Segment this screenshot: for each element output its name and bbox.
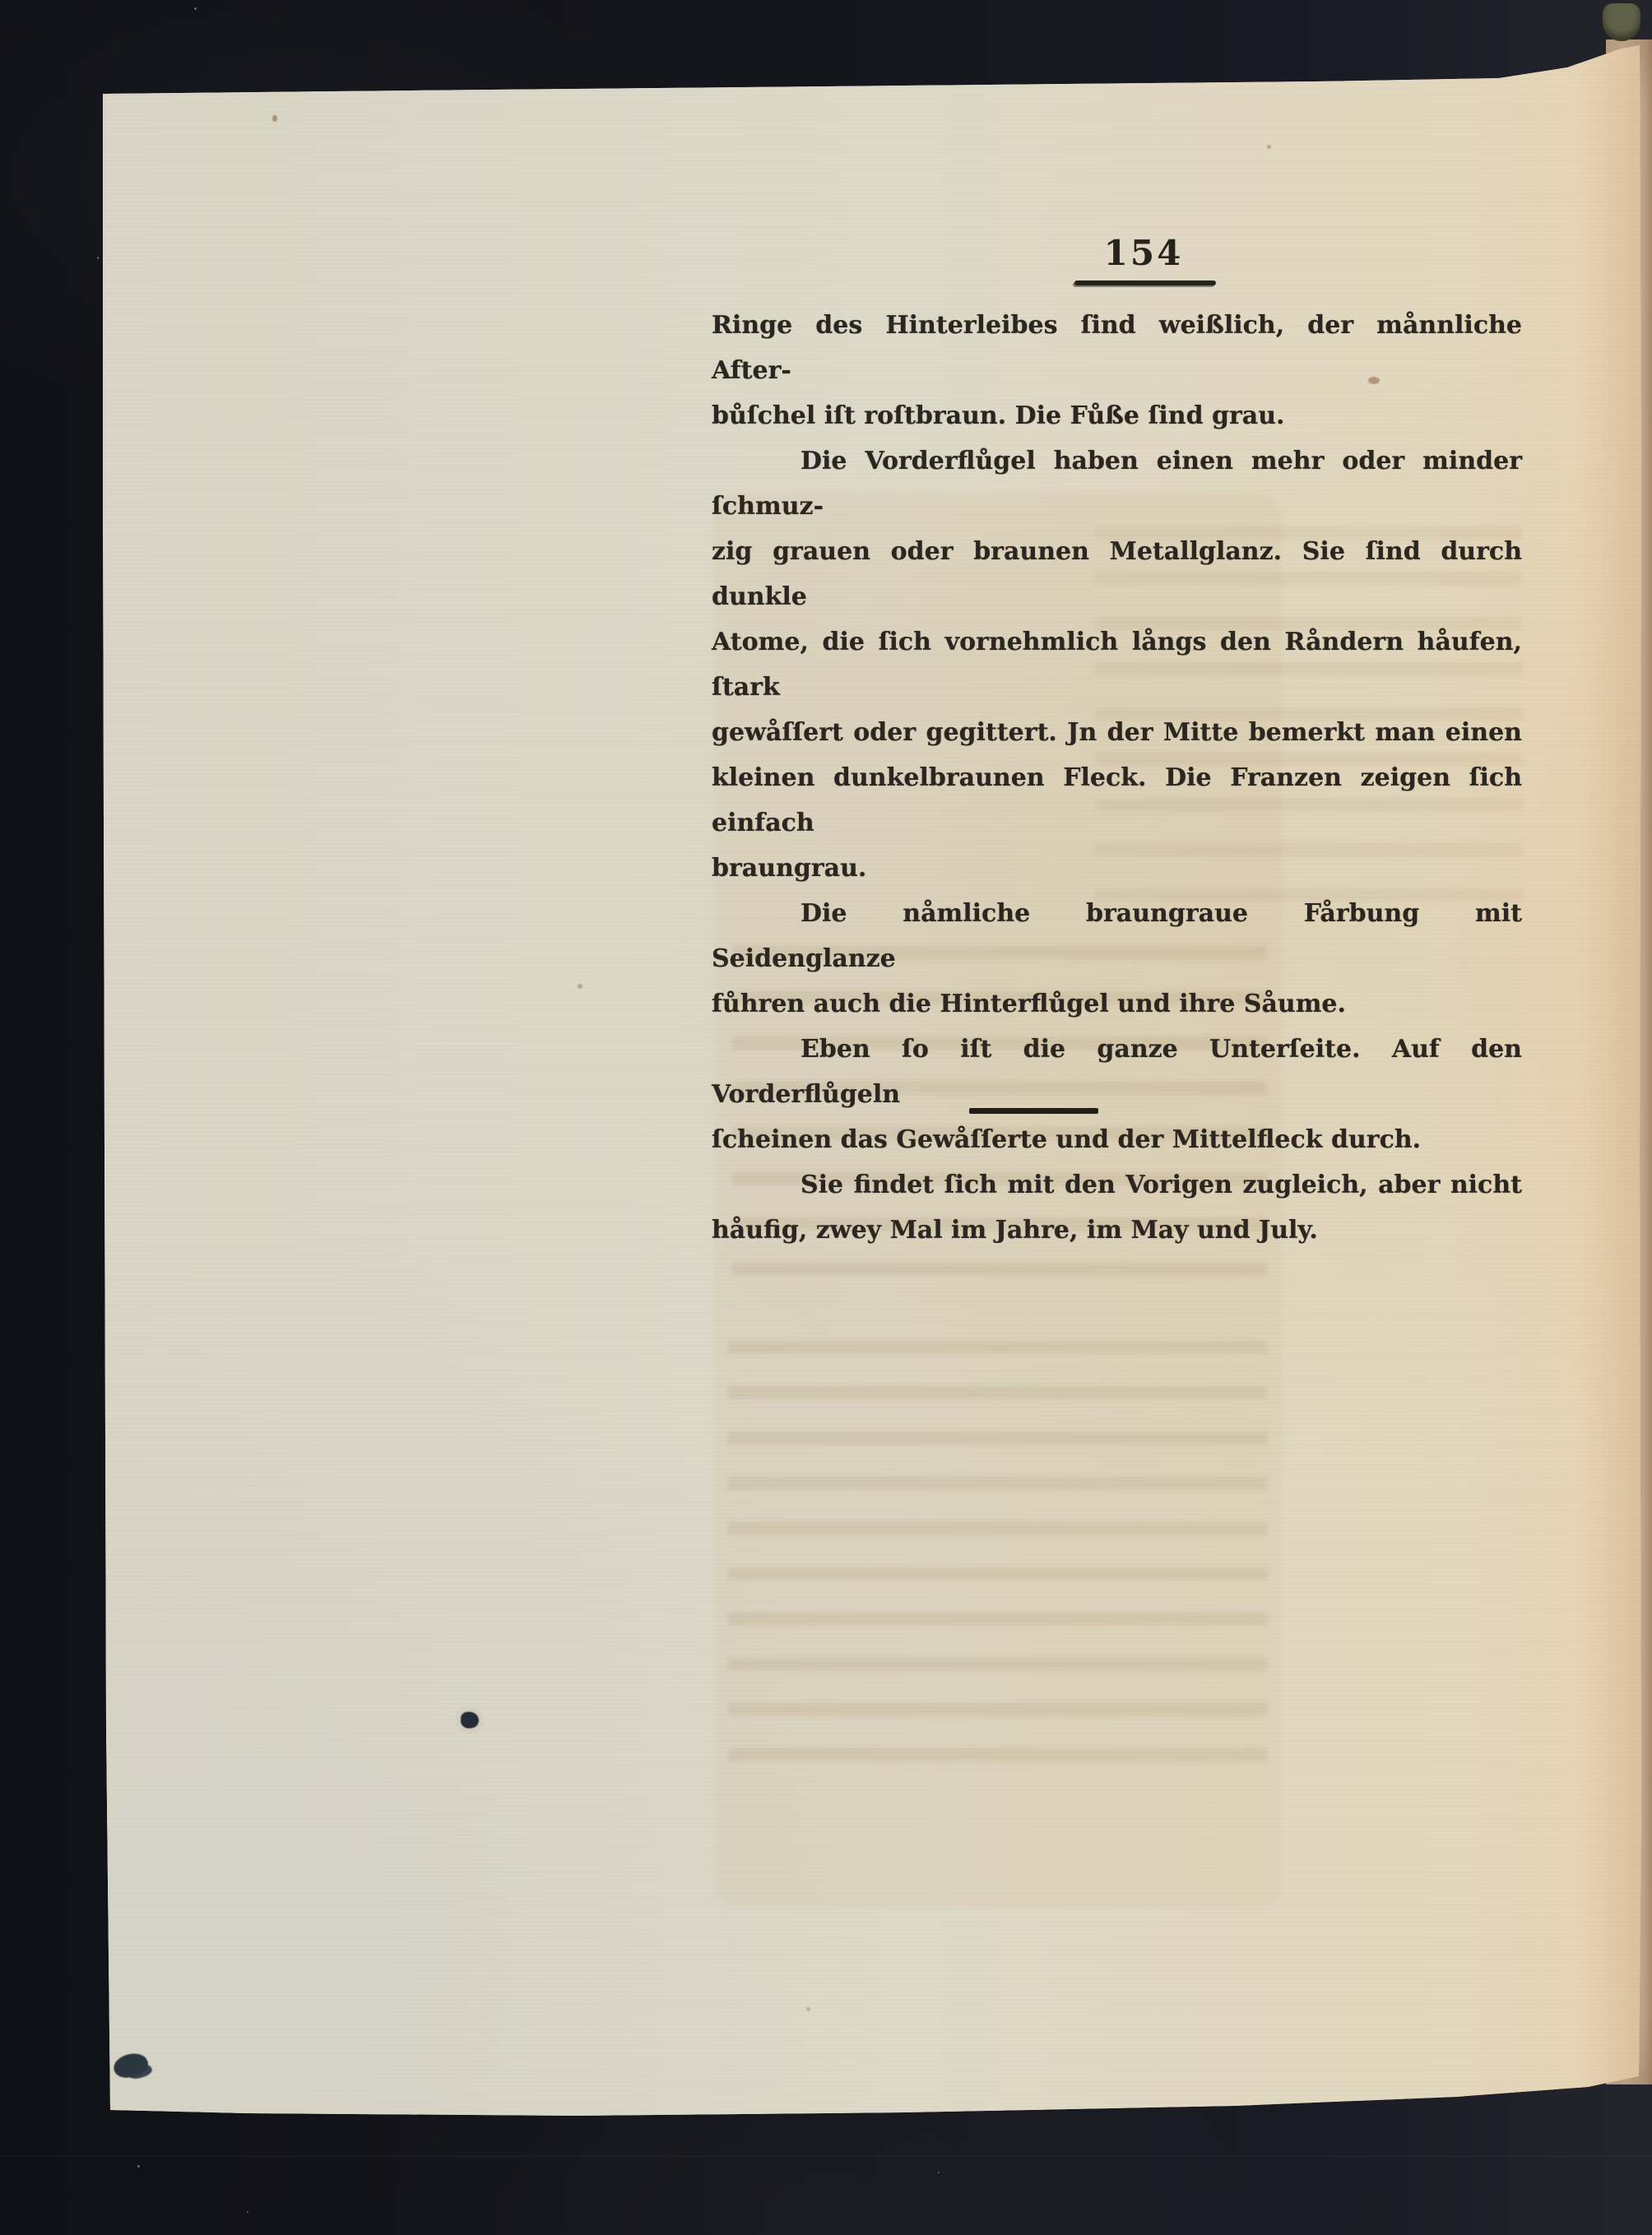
text-line: Die nåmliche braungraue Fårbung mit Seid… — [712, 891, 1522, 981]
book-page: 154 Ringe des Hinterleibes ſind weißlich… — [0, 0, 1652, 2235]
foxing-spot — [806, 2007, 810, 2011]
text-line: braungrau. — [712, 846, 1522, 891]
dust-speck — [194, 7, 197, 10]
text-line: Ringe des Hinterleibes ſind weißlich, de… — [712, 303, 1522, 393]
text-line: ſcheinen das Gewåſſerte und der Mittelfl… — [712, 1117, 1522, 1162]
text-column: Ringe des Hinterleibes ſind weißlich, de… — [712, 303, 1522, 1253]
text-line: Eben ſo iſt die ganze Unterſeite. Auf de… — [712, 1027, 1522, 1117]
text-line: bůſchel iſt roſtbraun. Die Fůße ſind gra… — [712, 393, 1522, 438]
page-number-rule — [1074, 281, 1216, 285]
text-line: Die Vorderflůgel haben einen mehr oder m… — [712, 438, 1522, 529]
ink-speck — [461, 1712, 479, 1728]
dust-speck — [247, 2211, 248, 2213]
text-line: zig grauen oder braunen Metallglanz. Sie… — [712, 529, 1522, 619]
paragraph: Die Vorderflůgel haben einen mehr oder m… — [712, 438, 1522, 891]
text-line: Atome, die ſich vornehmlich långs den Rå… — [712, 619, 1522, 710]
binding-notch — [1603, 3, 1640, 41]
paragraph: Sie findet ſich mit den Vorigen zugleich… — [712, 1162, 1522, 1253]
dust-speck — [137, 2165, 140, 2168]
foxing-spot — [272, 115, 277, 122]
page-number: 154 — [1070, 233, 1218, 273]
bleedthrough-text-block — [728, 1341, 1267, 1777]
foxing-spot — [578, 984, 582, 989]
text-line: fůhren auch die Hinterflůgel und ihre Så… — [712, 981, 1522, 1027]
text-line: kleinen dunkelbraunen Fleck. Die Franzen… — [712, 755, 1522, 846]
dust-speck — [97, 257, 99, 259]
text-line: Sie findet ſich mit den Vorigen zugleich… — [712, 1162, 1522, 1208]
paragraph: Eben ſo iſt die ganze Unterſeite. Auf de… — [712, 1027, 1522, 1162]
paragraph: Ringe des Hinterleibes ſind weißlich, de… — [712, 303, 1522, 438]
section-divider-rule — [969, 1108, 1098, 1114]
text-line: gewåſſert oder gegittert. Jn der Mitte b… — [712, 710, 1522, 755]
paragraph: Die nåmliche braungraue Fårbung mit Seid… — [712, 891, 1522, 1027]
dust-speck — [938, 2172, 940, 2173]
foxing-spot — [1267, 145, 1271, 149]
ink-blot — [111, 2049, 151, 2082]
foxing-spot — [1368, 377, 1380, 384]
text-line: håufig, zwey Mal im Jahre, im May und Ju… — [712, 1208, 1522, 1253]
